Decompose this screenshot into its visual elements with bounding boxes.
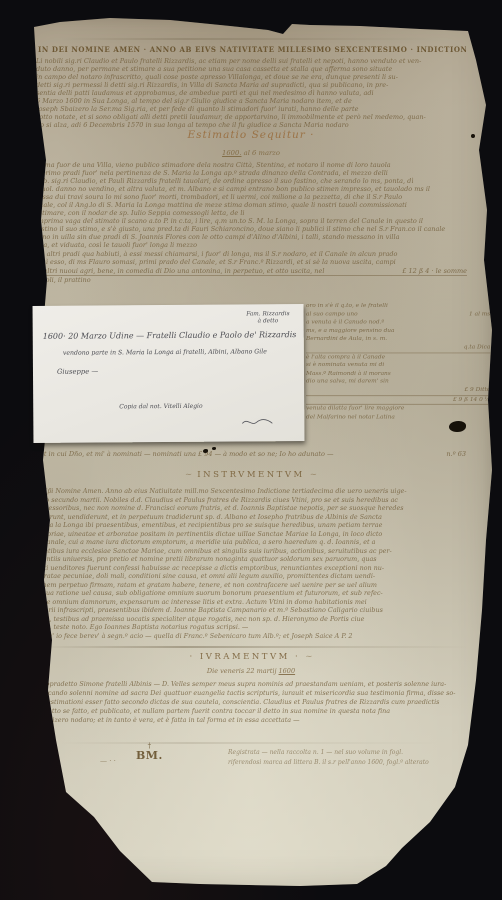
- entry-text: ms, e a maggiore pensino dua: [306, 327, 395, 335]
- manuscript-line: Vtini, teste noto. Ego Ioannes Baptista …: [34, 623, 468, 632]
- ink-blot: [212, 447, 216, 450]
- manuscript-line: detti sig.ri permessi li detti sig.ri Ri…: [36, 81, 466, 89]
- manuscript-line: Imprima vaga del stimato il scano a.to P…: [35, 217, 467, 225]
- account-entry-line: del Malfarino nel notar Latina: [306, 413, 490, 421]
- entry-amount: q.ta Dica: [464, 344, 490, 352]
- manuscript-line: duto danno, per permane et stimare a sua…: [36, 65, 466, 73]
- manuscript-line: meratae pecuniae, doli mali, conditioni …: [34, 572, 468, 581]
- slip-description-line: Giuseppe —: [57, 367, 98, 375]
- sum-line-amount: £ 12 ß 4 · le somme: [402, 267, 467, 275]
- entry-text: oro in s'è il q.to, e le fratelli: [306, 302, 388, 310]
- manuscript-line: In Xp̃i Nomine Amen. Anno ab eius Natiui…: [34, 487, 468, 496]
- account-entry-line: al suo campo uno 1 al ms: [306, 310, 490, 318]
- manuscript-line: sono in uilla sin due pradi di S. Joanni…: [35, 233, 467, 241]
- manuscript-line: sentia delli patti laudamus et approbamu…: [36, 89, 466, 97]
- parchment-crease: [60, 38, 440, 40]
- manuscript-line: mancando solenni nomine ad sacra Dei qua…: [34, 689, 468, 698]
- manuscript-line: in campo del notaro infrascritto, quali …: [36, 73, 466, 81]
- notary-monogram: † BM.: [136, 743, 163, 761]
- instrumentum-heading: ∼ INSTRVMENTVM ∼: [0, 470, 502, 480]
- flourish-right: ∼: [305, 652, 312, 662]
- account-entry-line: si è nominata venuta mi di: [306, 361, 490, 369]
- estimatio-sum-lines: Nè altri pradi qua habiuti, à essi messi…: [35, 250, 467, 285]
- manuscript-line: sotto notate, et si sono obligati alli d…: [36, 113, 466, 121]
- iuramentum-title: · IVRAMENTVM ·: [189, 652, 300, 662]
- account-entry-line: oro in s'è il q.to, e le fratelli: [306, 302, 490, 310]
- manuscript-line: do si alza, adi 6 Decembris 1570 in sua …: [36, 121, 466, 129]
- sum-line-text: Nè altri pradi qua habiuti, à essi messi…: [35, 250, 397, 258]
- summary-text: et in cui Dño, et mi' à nominati — nomin…: [40, 450, 334, 458]
- manuscript-line: L qua' io fece berev' à segn.º acio — qu…: [34, 632, 468, 641]
- slip-corner-line: à detto: [246, 318, 289, 325]
- manuscript-line: estimare, con il nodar de sp. Iulio Sepp…: [35, 209, 467, 217]
- entry-text: si è nominata venuta mi di: [306, 361, 384, 369]
- flourish-right: ∼: [310, 470, 317, 480]
- manuscript-line: 6 Marzo 1600 in Sua Longa, al tempo del …: [36, 97, 466, 105]
- sum-line-text: et altri nuoui agri, bene, in comedia di…: [35, 267, 324, 275]
- manuscript-line: dederunt, uendiderunt, et in perpetuum t…: [34, 513, 468, 522]
- manuscript-line: fastino il suo stimo, e s'è giusto, una …: [35, 225, 467, 233]
- sum-line-text: tauoli, il prattino: [35, 276, 91, 284]
- signature-flourish: [240, 412, 274, 431]
- flourish-left: ∼: [185, 470, 192, 480]
- summary-line: et in cui Dño, et mi' à nominati — nomin…: [40, 450, 466, 458]
- instrumentum-title: INSTRVMENTVM: [197, 470, 304, 480]
- instrumentum-paragraph: In Xp̃i Nomine Amen. Anno ab eius Natiui…: [34, 487, 468, 640]
- manuscript-line: successoribus, nec non nomine d. Francis…: [34, 504, 468, 513]
- entry-text: a venuta è il Canudo nod.º: [306, 319, 384, 327]
- manuscript-line: Vtini, testibus ad praemissa uocatis spe…: [34, 615, 468, 624]
- manuscript-line: montibus iura ecclesiae Sanctae Mariae, …: [34, 547, 468, 556]
- iuramentum-heading: · IVRAMENTVM · ∼: [0, 652, 502, 662]
- account-entry-line: è l'alta compra à il Canade: [306, 353, 490, 361]
- manuscript-line: il primo pradi fuor' nela pertinenza de …: [35, 169, 467, 177]
- entry-text: al suo campo uno: [306, 310, 358, 318]
- entry-amount: £ 9 ß 14 0 ½: [453, 396, 490, 404]
- slip-source-line: Copia dal not. Vitelli Alegio: [119, 403, 202, 411]
- ink-blot: [471, 134, 475, 138]
- account-entry-line: q.ta Dica: [306, 344, 490, 353]
- slip-corner-annotation: Fam. Rizzardis à detto: [246, 311, 289, 325]
- account-entry-line: £ 9 Ditto: [306, 386, 490, 395]
- opening-paragraph: Li nobili sig.ri Claudio et Paulo fratel…: [36, 57, 466, 129]
- parchment-crease: [40, 646, 470, 648]
- manuscript-line: simo secundo martii. Nobiles d.d. Claudi…: [34, 496, 468, 505]
- folio-reference: n.º 63: [446, 450, 466, 458]
- entry-text: dio una salva, mi darem' sin: [306, 378, 389, 386]
- account-entry-line: Bernardini de Aula, in s. m.: [306, 335, 490, 343]
- entry-text: è l'alta compra à il Canade: [306, 353, 385, 361]
- manuscript-line: notarii infrascripti, praesentibus ibide…: [34, 606, 468, 615]
- manuscript-line: una, et viduata, così le tauoli fuor' lo…: [35, 241, 467, 249]
- manuscript-line: tauol. danno no vendino, et altra valuta…: [35, 185, 467, 193]
- manuscript-line: Registrata — nella raccolta n. 1 — nel s…: [228, 748, 473, 758]
- registration-lines: Registrata — nella raccolta n. 1 — nel s…: [228, 748, 473, 768]
- sum-line: così esso, di ms Flauro somasi, primi pr…: [35, 258, 467, 266]
- account-entry-line: £ 9 ß 14 0 ½: [306, 396, 490, 405]
- manuscript-line: riferendosi marca ad littera B. il s.r p…: [228, 758, 473, 768]
- opening-invocation-line: IN DEI NOMINE AMEN · ANNO AB EIVS NATIVI…: [38, 45, 466, 54]
- ink-blot: [449, 421, 466, 432]
- manuscript-line: Maria la Longa ibi praesentibus, ementib…: [34, 521, 468, 530]
- manuscript-line: Joseph Sbaizero la Ser.ma Sig.ria, et pe…: [36, 105, 466, 113]
- estimatio-date-line: 1600. al 6 marzo: [0, 149, 502, 157]
- slip-description-line: vendono parte in S. Maria la Longa ai fr…: [63, 348, 267, 356]
- manuscript-line: il Sbaizero nodaro; et in tanto è vera, …: [34, 716, 468, 725]
- manuscript-line: tinentiis uniuersis, pro pretio et nomin…: [34, 555, 468, 564]
- account-entry-line: ms, e a maggiore pensino dua: [306, 327, 490, 335]
- date-year: 1600: [279, 667, 296, 675]
- account-entry-line: a venuta è il Canudo nod.º: [306, 319, 490, 327]
- parchment-sheet: IN DEI NOMINE AMEN · ANNO AB EIVS NATIVI…: [0, 0, 502, 900]
- date-rest: al 6 marzo: [242, 149, 280, 157]
- manuscript-line: al Canale, cui a mane iura dictorum empt…: [34, 538, 468, 547]
- manuscript-line: Io sopradetto Simone fratelli Albinis — …: [34, 680, 468, 689]
- archivist-note-slip: Fam. Rizzardis à detto 1600· 20 Marzo Ud…: [33, 304, 305, 443]
- entry-amount: £ 9 Ditto: [464, 386, 490, 394]
- estimatio-heading: Estimatio Sequitur ·: [0, 129, 502, 141]
- ink-blot: [203, 449, 208, 453]
- iuramentum-paragraph: Io sopradetto Simone fratelli Albinis — …: [34, 680, 468, 725]
- account-entry-line: venuta dilatta fuor' lire maggiore: [306, 405, 490, 413]
- manuscript-line: dicti uenditores fuerunt confessi habuis…: [34, 564, 468, 573]
- ink-blot: [35, 162, 40, 168]
- notary-initials: BM.: [136, 750, 163, 761]
- slip-title-line: 1600· 20 Marzo Udine — Fratelli Claudio …: [43, 330, 297, 341]
- date-prefix: Die veneris 22 martij: [207, 667, 279, 675]
- manuscript-line: aratoriae, uineatae et arboratae positam…: [34, 530, 468, 539]
- photograph-of-parchment: { "photo": { "background_color": "#0c0c0…: [0, 0, 502, 900]
- closing-dashes: — · ·: [100, 757, 116, 765]
- manuscript-line: tione omnium damnorum, expensarum ac int…: [34, 598, 468, 607]
- estimatio-paragraph: Prima fuor de una Villa, vieno publico s…: [35, 161, 467, 249]
- iuramentum-date-line: Die veneris 22 martij 1600: [0, 667, 502, 675]
- parchment-crease: [60, 742, 440, 744]
- manuscript-line: nob. sig.ri Claudio, et Pauli Rizzardis …: [35, 177, 467, 185]
- manuscript-line: cassa dui travi soura lo mi sono fuor' m…: [35, 193, 467, 201]
- manuscript-line: aliqua ratione uel causa, sub obligation…: [34, 589, 468, 598]
- entry-text: del Malfarino nel notar Latina: [306, 413, 395, 421]
- sum-line: Nè altri pradi qua habiuti, à essi messi…: [35, 250, 467, 258]
- account-entry-line: dio una salva, mi darem' sin: [306, 378, 490, 386]
- account-entries-column: oro in s'è il q.to, e le fratelli al suo…: [306, 302, 490, 422]
- sum-line-text: così esso, di ms Flauro somasi, primi pr…: [35, 258, 396, 266]
- sum-line: et altri nuoui agri, bene, in comedia di…: [35, 267, 467, 276]
- entry-amount: 1 al ms: [469, 310, 490, 318]
- manuscript-line: pra estimationi esser fatto secondo dict…: [34, 698, 468, 707]
- manuscript-line: tionem perpetuo firmam, ratam et gratam …: [34, 581, 468, 590]
- entry-text: Mass.º Raimondi à il morans: [306, 370, 391, 378]
- entry-text: Bernardini de Aula, in s. m.: [306, 335, 387, 343]
- manuscript-line: Li nobili sig.ri Claudio et Paulo fratel…: [36, 57, 466, 65]
- date-year: 1600.: [222, 149, 241, 157]
- manuscript-line: quale, col il Ang.lo di S. Maria la Long…: [35, 201, 467, 209]
- account-entry-line: Mass.º Raimondi à il morans: [306, 370, 490, 378]
- manuscript-line: ha detto se fatto, et publicato, et null…: [34, 707, 468, 716]
- manuscript-line: Prima fuor de una Villa, vieno publico s…: [35, 161, 467, 169]
- entry-text: venuta dilatta fuor' lire maggiore: [306, 405, 404, 413]
- sum-line: tauoli, il prattino: [35, 276, 467, 284]
